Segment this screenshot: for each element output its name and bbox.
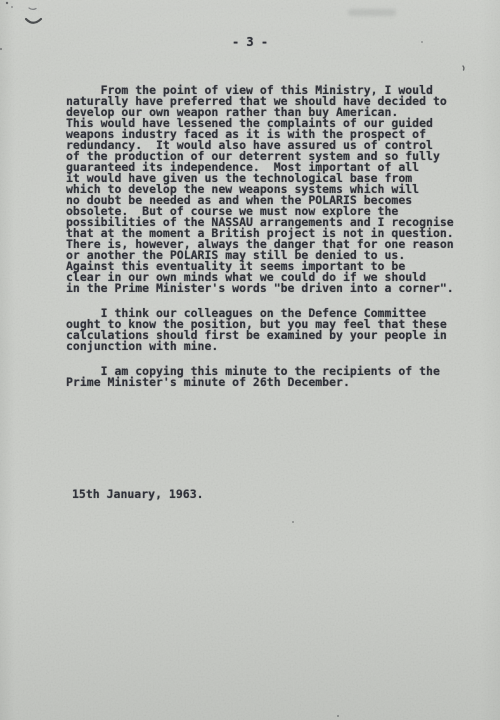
paragraph: From the point of view of this Ministry,… xyxy=(66,85,466,294)
text-line: in the Prime Minister's words "be driven… xyxy=(66,283,466,294)
date-line: 15th January, 1963. xyxy=(72,487,204,501)
document-body: From the point of view of this Ministry,… xyxy=(66,85,466,388)
text-line: Prime Minister's minute of 26th December… xyxy=(66,377,466,388)
scanned-document-page: - 3 - From the point of view of this Min… xyxy=(0,0,500,720)
text-line: conjunction with mine. xyxy=(66,341,466,352)
paragraph: I am copying this minute to the recipien… xyxy=(66,366,466,388)
ink-smudge xyxy=(348,9,396,16)
paragraph: I think our colleagues on the Defence Co… xyxy=(66,308,466,352)
page-number: - 3 - xyxy=(0,35,500,49)
